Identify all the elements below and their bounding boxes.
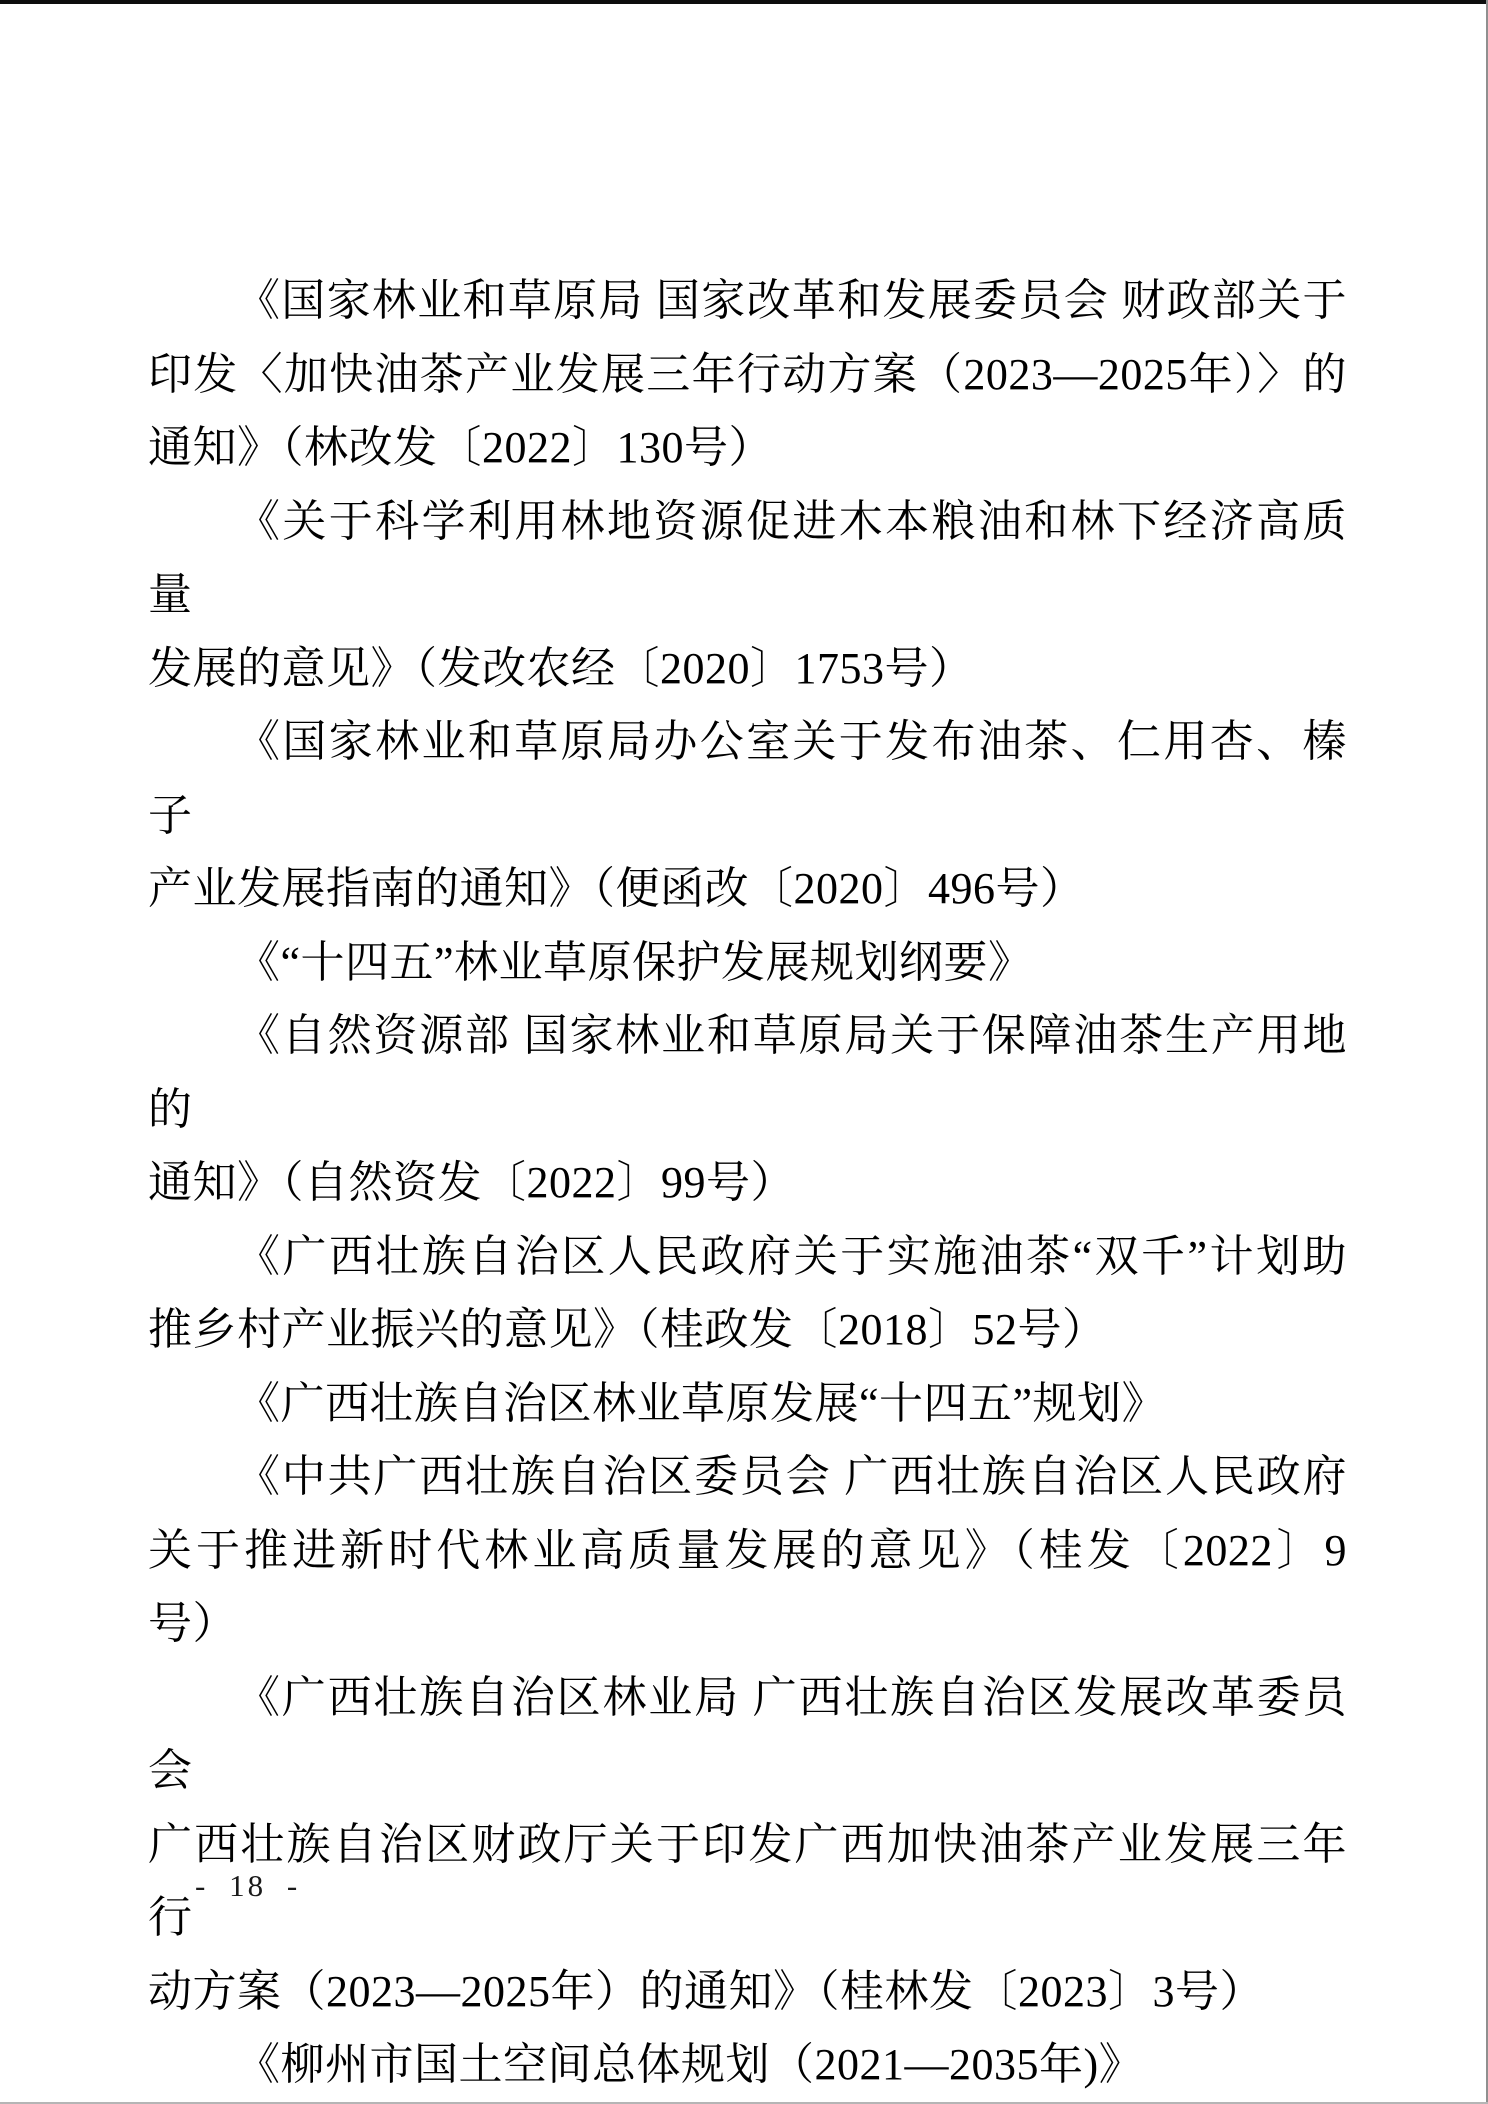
document-line: 《广西壮族自治区人民政府关于实施油茶“双千”计划助: [148, 1220, 1347, 1294]
document-line: 《自然资源部 国家林业和草原局关于保障油茶生产用地的: [148, 999, 1347, 1146]
page-number: - 18 -: [195, 1868, 300, 1904]
document-line: 《广西壮族自治区林业局 广西壮族自治区发展改革委员会: [148, 1661, 1347, 1808]
document-line: 发展的意见》（发改农经〔2020〕1753号）: [148, 632, 1347, 706]
document-line: 广西壮族自治区财政厅关于印发广西加快油茶产业发展三年行: [148, 1808, 1347, 1955]
document-line: 印发〈加快油茶产业发展三年行动方案（2023—2025年）〉的: [148, 338, 1347, 412]
document-line: 动方案（2023—2025年）的通知》（桂林发〔2023〕3号）: [148, 1955, 1347, 2029]
document-line: 通知》（林改发〔2022〕130号）: [148, 411, 1347, 485]
document-line: 号）: [148, 1587, 1347, 1661]
document-line: 《中共广西壮族自治区委员会 广西壮族自治区人民政府: [148, 1440, 1347, 1514]
document-line: 推乡村产业振兴的意见》（桂政发〔2018〕52号）: [148, 1293, 1347, 1367]
document-line: 《广西壮族自治区林业草原发展“十四五”规划》: [148, 1367, 1347, 1441]
document-line: 《国家林业和草原局办公室关于发布油茶、仁用杏、榛子: [148, 705, 1347, 852]
document-line: 通知》（自然资发〔2022〕99号）: [148, 1146, 1347, 1220]
document-line: 《关于科学利用林地资源促进木本粮油和林下经济高质量: [148, 485, 1347, 632]
document-line: 《“十四五”林业草原保护发展规划纲要》: [148, 926, 1347, 1000]
document-line: 关于推进新时代林业高质量发展的意见》（桂发〔2022〕9: [148, 1514, 1347, 1588]
document-line: 《柳州市国土空间总体规划（2021—2035年)》: [148, 2028, 1347, 2102]
document-body: 《国家林业和草原局 国家改革和发展委员会 财政部关于 印发〈加快油茶产业发展三年…: [148, 264, 1347, 2102]
document-page: 《国家林业和草原局 国家改革和发展委员会 财政部关于 印发〈加快油茶产业发展三年…: [0, 0, 1488, 2104]
document-line: 产业发展指南的通知》（便函改〔2020〕496号）: [148, 852, 1347, 926]
scan-artifact-top-strip: [0, 0, 1488, 4]
document-line: 《国家林业和草原局 国家改革和发展委员会 财政部关于: [148, 264, 1347, 338]
